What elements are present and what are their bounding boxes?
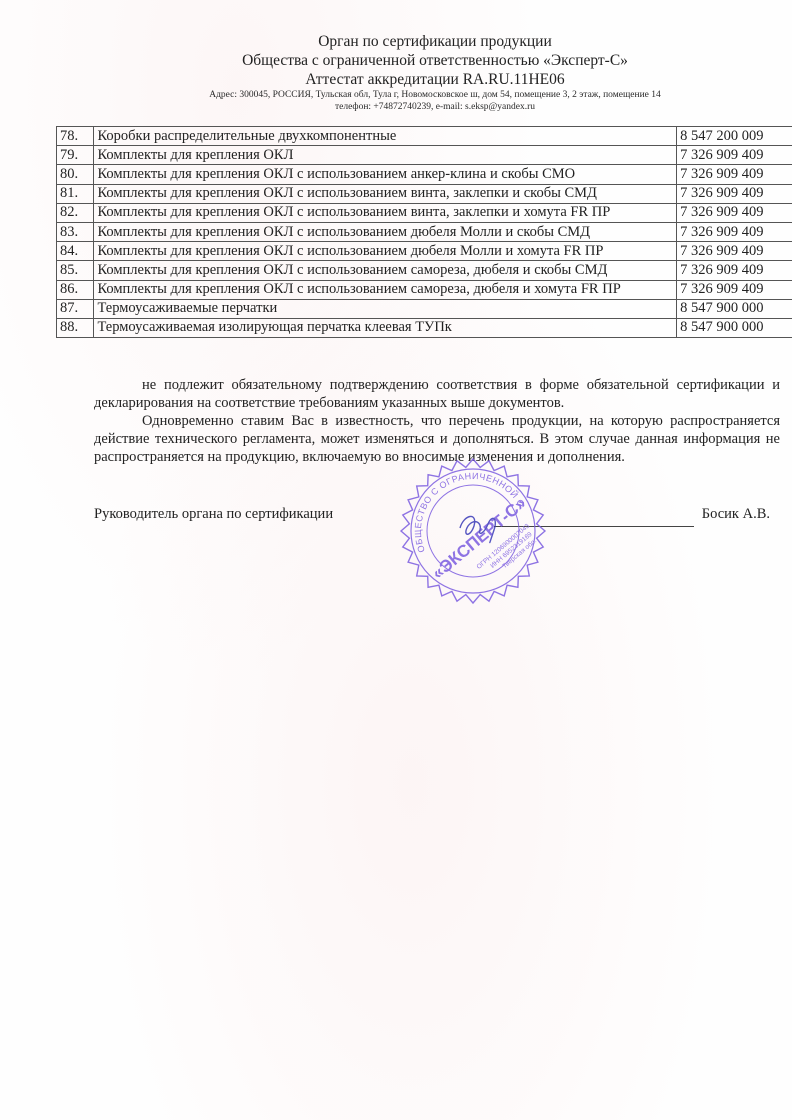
table-row: 81.Комплекты для крепления ОКЛ с использ…: [57, 184, 792, 203]
product-name: Комплекты для крепления ОКЛ с использова…: [94, 280, 677, 299]
signatory-name: Босик А.В.: [702, 506, 770, 523]
table-row: 87.Термоусаживаемые перчатки8 547 900 00…: [57, 299, 792, 318]
row-number: 86.: [57, 280, 94, 299]
signatory-title: Руководитель органа по сертификации: [94, 506, 333, 523]
org-name: Общества с ограниченной ответственностью…: [0, 51, 792, 70]
letterhead: Орган по сертификации продукции Общества…: [0, 32, 792, 113]
accreditation: Аттестат аккредитации RA.RU.11НЕ06: [0, 70, 792, 89]
row-number: 84.: [57, 242, 94, 261]
company-stamp-icon: ОБЩЕСТВО С ОГРАНИЧЕННОЙ ОТВЕТСТВЕННОСТЬЮ…: [398, 456, 548, 606]
address: Адрес: 300045, РОССИЯ, Тульская обл, Тул…: [0, 89, 792, 101]
row-number: 81.: [57, 184, 94, 203]
product-name: Комплекты для крепления ОКЛ: [94, 146, 677, 165]
product-code: 7 326 909 409: [677, 165, 792, 184]
product-code: 7 326 909 409: [677, 203, 792, 222]
product-name: Термоусаживаемая изолирующая перчатка кл…: [94, 318, 677, 337]
row-number: 88.: [57, 318, 94, 337]
product-code: 7 326 909 409: [677, 280, 792, 299]
product-code: 7 326 909 409: [677, 184, 792, 203]
product-code: 7 326 909 409: [677, 146, 792, 165]
product-code: 8 547 900 000: [677, 318, 792, 337]
table-row: 85.Комплекты для крепления ОКЛ с использ…: [57, 261, 792, 280]
product-name: Комплекты для крепления ОКЛ с использова…: [94, 261, 677, 280]
table-row: 83.Комплекты для крепления ОКЛ с использ…: [57, 222, 792, 241]
contacts: телефон: +74872740239, e-mail: s.eksp@ya…: [0, 101, 792, 113]
table-row: 80.Комплекты для крепления ОКЛ с использ…: [57, 165, 792, 184]
table-row: 88.Термоусаживаемая изолирующая перчатка…: [57, 318, 792, 337]
product-name: Термоусаживаемые перчатки: [94, 299, 677, 318]
table-row: 86.Комплекты для крепления ОКЛ с использ…: [57, 280, 792, 299]
row-number: 79.: [57, 146, 94, 165]
table-row: 82.Комплекты для крепления ОКЛ с использ…: [57, 203, 792, 222]
row-number: 78.: [57, 127, 94, 146]
product-name: Комплекты для крепления ОКЛ с использова…: [94, 184, 677, 203]
row-number: 85.: [57, 261, 94, 280]
product-name: Комплекты для крепления ОКЛ с использова…: [94, 242, 677, 261]
paragraph-exemption: не подлежит обязательному подтверждению …: [94, 376, 780, 412]
org-title: Орган по сертификации продукции: [0, 32, 792, 51]
product-name: Коробки распределительные двухкомпонентн…: [94, 127, 677, 146]
row-number: 83.: [57, 222, 94, 241]
product-name: Комплекты для крепления ОКЛ с использова…: [94, 165, 677, 184]
product-name: Комплекты для крепления ОКЛ с использова…: [94, 203, 677, 222]
table-row: 84.Комплекты для крепления ОКЛ с использ…: [57, 242, 792, 261]
product-code: 8 547 200 009: [677, 127, 792, 146]
row-number: 87.: [57, 299, 94, 318]
row-number: 82.: [57, 203, 94, 222]
row-number: 80.: [57, 165, 94, 184]
table-row: 79.Комплекты для крепления ОКЛ7 326 909 …: [57, 146, 792, 165]
product-code: 7 326 909 409: [677, 261, 792, 280]
product-code: 7 326 909 409: [677, 222, 792, 241]
product-name: Комплекты для крепления ОКЛ с использова…: [94, 222, 677, 241]
product-code: 8 547 900 000: [677, 299, 792, 318]
products-table: 78.Коробки распределительные двухкомпоне…: [56, 126, 792, 338]
product-code: 7 326 909 409: [677, 242, 792, 261]
table-row: 78.Коробки распределительные двухкомпоне…: [57, 127, 792, 146]
